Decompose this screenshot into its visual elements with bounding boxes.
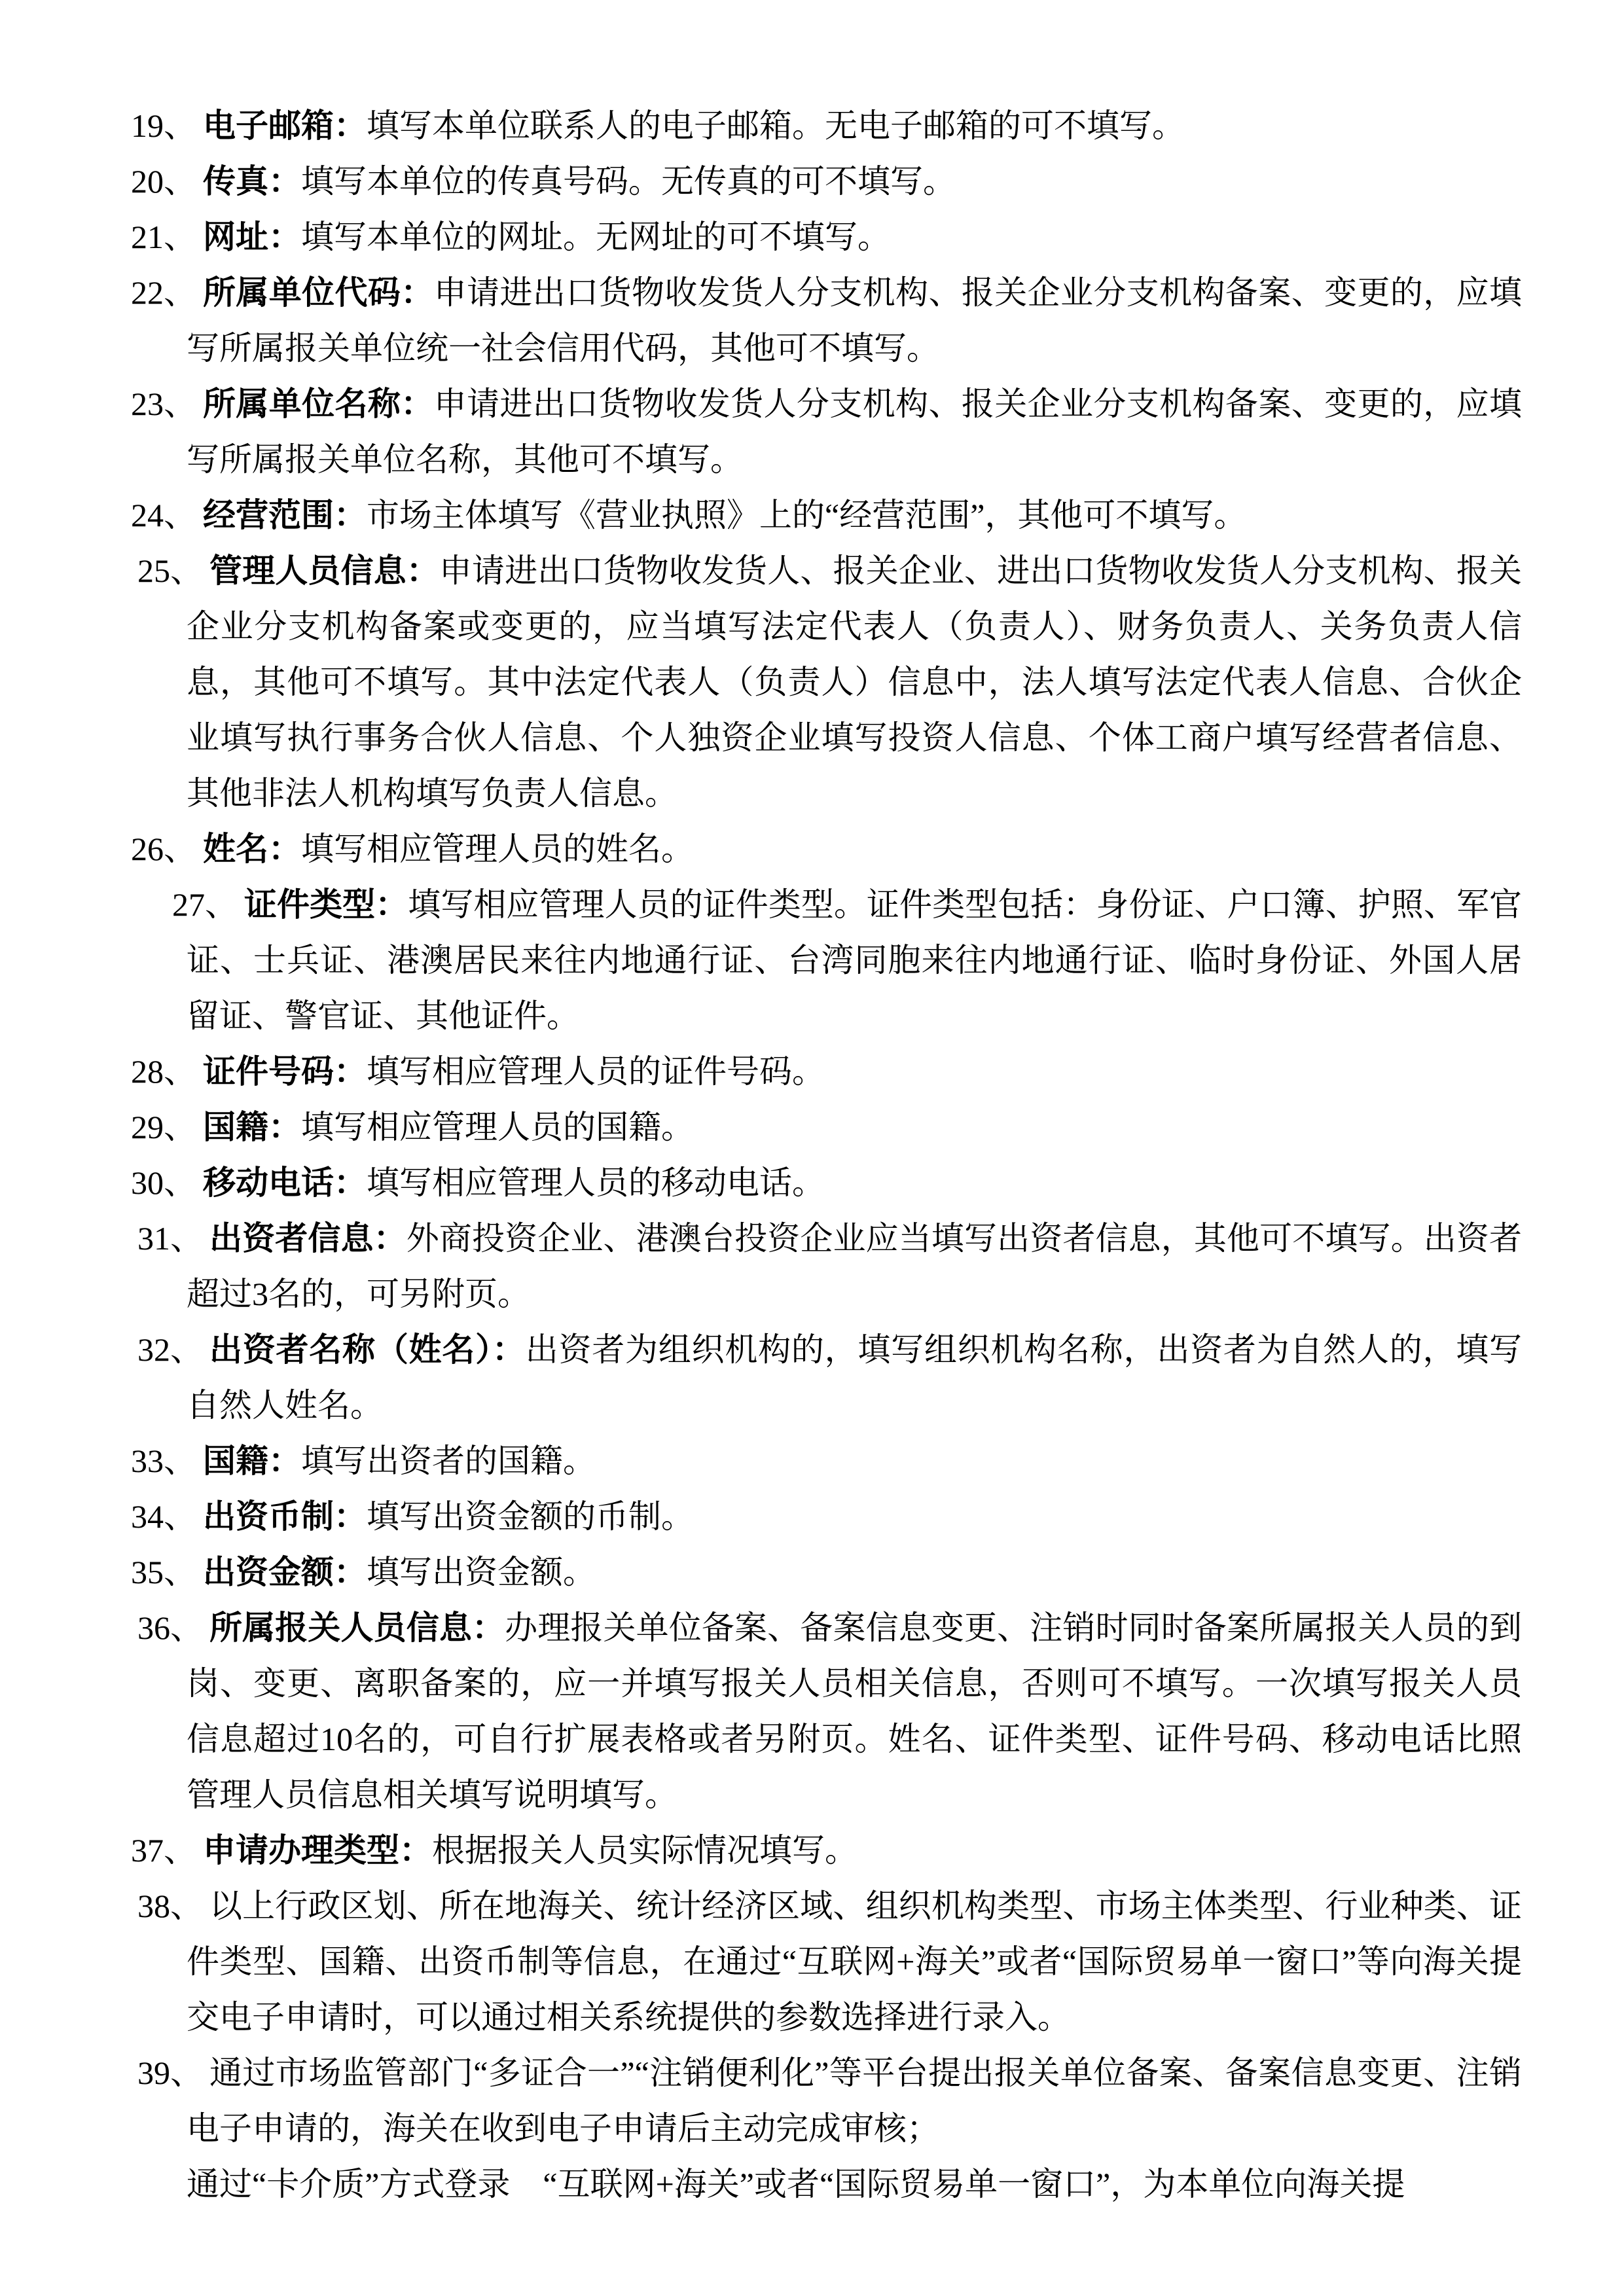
item-text: 填写本单位的网址。无网址的可不填写。 <box>301 219 890 255</box>
list-item: 21、网址：填写本单位的网址。无网址的可不填写。 <box>0 209 1522 265</box>
item-number: 36、 <box>115 1600 203 1656</box>
list-item: 26、姓名：填写相应管理人员的姓名。 <box>0 821 1522 877</box>
item-label: 国籍： <box>203 1443 301 1479</box>
list-item: 23、所属单位名称：申请进出口货物收发货人分支机构、报关企业分支机构备案、变更的… <box>0 376 1522 488</box>
item-label: 出资金额： <box>203 1554 367 1590</box>
list-item: 39、通过市场监管部门“多证合一”“注销便利化”等平台提出报关单位备案、备案信息… <box>0 2045 1522 2157</box>
list-item: 24、经营范围：市场主体填写《营业执照》上的“经营范围”，其他可不填写。 <box>0 488 1522 543</box>
item-text: 申请进出口货物收发货人、报关企业、进出口货物收发货人分支机构、报关企业分支机构备… <box>187 552 1522 812</box>
item-label: 电子邮箱： <box>203 107 367 144</box>
item-text: 根据报关人员实际情况填写。 <box>432 1832 857 1869</box>
list-item: 32、出资者名称（姓名）：出资者为组织机构的，填写组织机构名称，出资者为自然人的… <box>0 1322 1522 1433</box>
item-label: 出资者信息： <box>209 1220 406 1257</box>
list-item: 27、证件类型：填写相应管理人员的证件类型。证件类型包括：身份证、户口簿、护照、… <box>0 877 1522 1044</box>
item-label: 证件号码： <box>203 1053 367 1090</box>
list-item: 22、所属单位代码：申请进出口货物收发货人分支机构、报关企业分支机构备案、变更的… <box>0 265 1522 376</box>
item-number: 39、 <box>115 2045 203 2101</box>
item-text: 填写出资者的国籍。 <box>301 1443 596 1479</box>
item-label: 传真： <box>203 163 301 200</box>
item-text: 填写相应管理人员的证件号码。 <box>367 1053 825 1090</box>
item-number: 33、 <box>115 1433 196 1489</box>
item-number: 28、 <box>115 1044 196 1100</box>
list-item: 29、国籍：填写相应管理人员的国籍。 <box>0 1100 1522 1155</box>
item-label: 所属报关人员信息： <box>209 1609 505 1646</box>
list-item: 25、管理人员信息：申请进出口货物收发货人、报关企业、进出口货物收发货人分支机构… <box>0 543 1522 821</box>
item-label: 管理人员信息： <box>209 552 439 589</box>
item-number: 32、 <box>115 1322 203 1378</box>
item-text: 通过市场监管部门“多证合一”“注销便利化”等平台提出报关单位备案、备案信息变更、… <box>187 2054 1522 2147</box>
item-text: 市场主体填写《营业执照》上的“经营范围”，其他可不填写。 <box>367 497 1246 533</box>
item-number: 30、 <box>115 1155 196 1211</box>
document-page: 19、电子邮箱：填写本单位联系人的电子邮箱。无电子邮箱的可不填写。 20、传真：… <box>0 0 1624 2212</box>
item-text: 填写相应管理人员的国籍。 <box>301 1109 694 1145</box>
item-number: 25、 <box>115 543 203 599</box>
item-text: 填写相应管理人员的移动电话。 <box>367 1164 825 1201</box>
item-label: 所属单位代码： <box>203 274 434 311</box>
list-item: 31、出资者信息：外商投资企业、港澳台投资企业应当填写出资者信息，其他可不填写。… <box>0 1211 1522 1322</box>
list-item: 38、以上行政区划、所在地海关、统计经济区域、组织机构类型、市场主体类型、行业种… <box>0 1878 1522 2045</box>
item-label: 所属单位名称： <box>203 386 434 422</box>
continuation-paragraph: 通过“卡介质”方式登录 “互联网+海关”或者“国际贸易单一窗口”，为本单位向海关… <box>0 2157 1522 2212</box>
item-label: 网址： <box>203 219 301 255</box>
item-number: 38、 <box>115 1878 203 1934</box>
list-item: 30、移动电话：填写相应管理人员的移动电话。 <box>0 1155 1522 1211</box>
item-number: 19、 <box>115 98 196 154</box>
list-item: 33、国籍：填写出资者的国籍。 <box>0 1433 1522 1489</box>
item-label: 申请办理类型： <box>203 1832 432 1869</box>
item-text: 填写本单位联系人的电子邮箱。无电子邮箱的可不填写。 <box>367 107 1185 144</box>
item-label: 移动电话： <box>203 1164 367 1201</box>
item-number: 21、 <box>115 209 196 265</box>
item-label: 出资币制： <box>203 1498 367 1535</box>
list-item: 34、出资币制：填写出资金额的币制。 <box>0 1489 1522 1545</box>
item-text: 填写出资金额的币制。 <box>367 1498 694 1535</box>
item-number: 27、 <box>115 877 238 933</box>
item-number: 37、 <box>115 1823 196 1878</box>
list-item: 37、申请办理类型：根据报关人员实际情况填写。 <box>0 1823 1522 1878</box>
item-text: 填写相应管理人员的姓名。 <box>301 831 694 867</box>
list-item: 36、所属报关人员信息：办理报关单位备案、备案信息变更、注销时同时备案所属报关人… <box>0 1600 1522 1823</box>
list-item: 20、传真：填写本单位的传真号码。无传真的可不填写。 <box>0 154 1522 209</box>
list-item: 28、证件号码：填写相应管理人员的证件号码。 <box>0 1044 1522 1100</box>
item-number: 35、 <box>115 1545 196 1600</box>
item-text: 以上行政区划、所在地海关、统计经济区域、组织机构类型、市场主体类型、行业种类、证… <box>187 1888 1522 2036</box>
item-number: 20、 <box>115 154 196 209</box>
item-number: 29、 <box>115 1100 196 1155</box>
item-number: 22、 <box>115 265 196 321</box>
item-number: 34、 <box>115 1489 196 1545</box>
item-label: 出资者名称（姓名）： <box>209 1331 526 1368</box>
item-label: 姓名： <box>203 831 301 867</box>
item-number: 24、 <box>115 488 196 543</box>
item-label: 证件类型： <box>244 886 408 923</box>
item-number: 23、 <box>115 376 196 432</box>
item-number: 26、 <box>115 821 196 877</box>
item-label: 经营范围： <box>203 497 367 533</box>
item-number: 31、 <box>115 1211 203 1266</box>
item-label: 国籍： <box>203 1109 301 1145</box>
list-item: 19、电子邮箱：填写本单位联系人的电子邮箱。无电子邮箱的可不填写。 <box>0 98 1522 154</box>
list-item: 35、出资金额：填写出资金额。 <box>0 1545 1522 1600</box>
item-text: 填写出资金额。 <box>367 1554 596 1590</box>
item-text: 填写本单位的传真号码。无传真的可不填写。 <box>301 163 956 200</box>
